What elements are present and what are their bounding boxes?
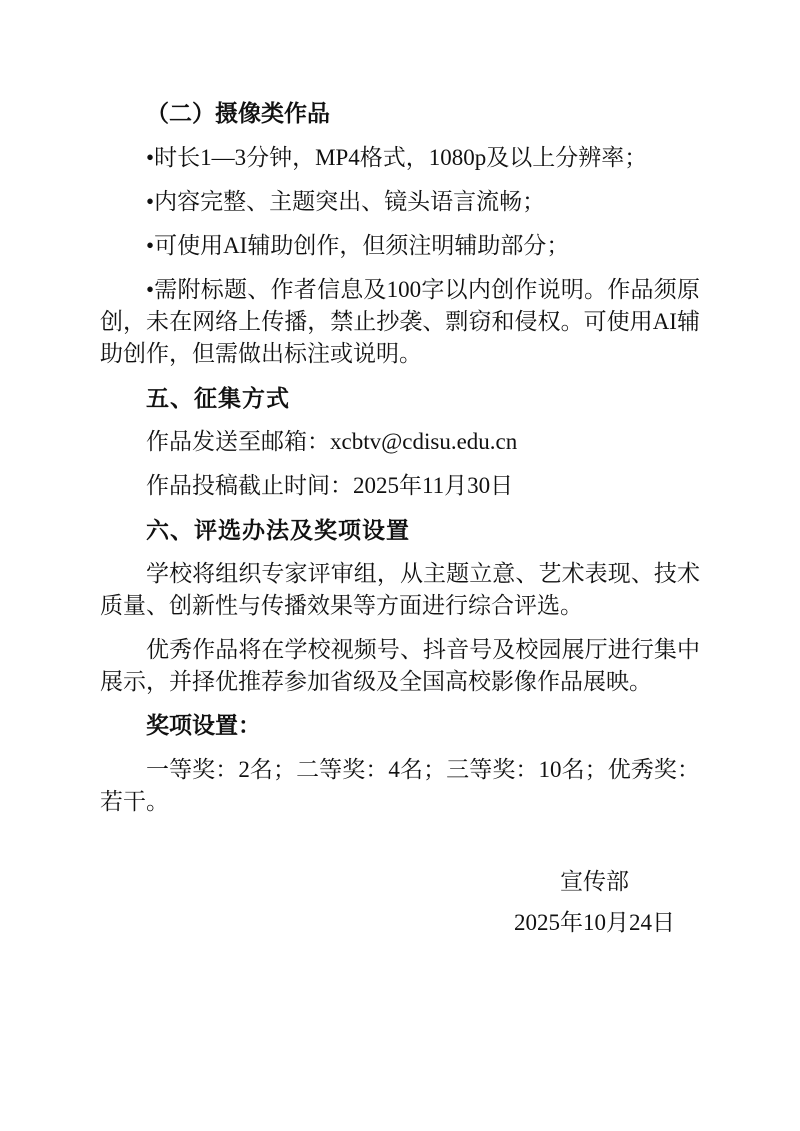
bullet-item-ai-usage: •可使用AI辅助创作，但须注明辅助部分； bbox=[100, 230, 700, 262]
bullet-item-ai-usage-text: 可使用AI辅助创作，但须注明辅助部分； bbox=[154, 233, 569, 258]
bullet-marker: • bbox=[146, 189, 154, 214]
bullet-item-content-quality: •内容完整、主题突出、镜头语言流畅； bbox=[100, 186, 700, 218]
awards-counts-line: 一等奖：2名；二等奖：4名；三等奖：10名；优秀奖：若干。 bbox=[100, 754, 700, 818]
submission-email-line: 作品发送至邮箱：xcbtv@cdisu.edu.cn bbox=[100, 426, 700, 458]
bullet-item-duration-text: 时长1—3分钟，MP4格式，1080p及以上分辨率； bbox=[154, 145, 647, 170]
document-page: （二）摄像类作品 •时长1—3分钟，MP4格式，1080p及以上分辨率； •内容… bbox=[0, 0, 800, 1131]
bullet-item-content-quality-text: 内容完整、主题突出、镜头语言流畅； bbox=[154, 189, 545, 214]
bullet-marker: • bbox=[146, 277, 154, 302]
exhibition-paragraph: 优秀作品将在学校视频号、抖音号及校园展厅进行集中展示，并择优推荐参加省级及全国高… bbox=[100, 634, 700, 698]
awards-setup-label: 奖项设置： bbox=[100, 710, 700, 742]
bullet-item-submission-requirements-text: 需附标题、作者信息及100字以内创作说明。作品须原创，未在网络上传播，禁止抄袭、… bbox=[100, 277, 700, 366]
evaluation-criteria-paragraph: 学校将组织专家评审组，从主题立意、艺术表现、技术质量、创新性与传播效果等方面进行… bbox=[100, 558, 700, 622]
bullet-marker: • bbox=[146, 233, 154, 258]
section-heading-collection-method: 五、征集方式 bbox=[100, 382, 700, 414]
bullet-item-duration: •时长1—3分钟，MP4格式，1080p及以上分辨率； bbox=[100, 142, 700, 174]
signature-department: 宣传部 bbox=[514, 866, 675, 898]
bullet-item-submission-requirements: •需附标题、作者信息及100字以内创作说明。作品须原创，未在网络上传播，禁止抄袭… bbox=[100, 274, 700, 370]
subsection-heading-photography-video: （二）摄像类作品 bbox=[100, 98, 700, 130]
submission-deadline-line: 作品投稿截止时间：2025年11月30日 bbox=[100, 470, 700, 502]
bullet-marker: • bbox=[146, 145, 154, 170]
signature-block: 宣传部 2025年10月24日 bbox=[100, 866, 700, 939]
section-heading-evaluation-awards: 六、评选办法及奖项设置 bbox=[100, 514, 700, 546]
signature-date: 2025年10月24日 bbox=[514, 907, 675, 939]
